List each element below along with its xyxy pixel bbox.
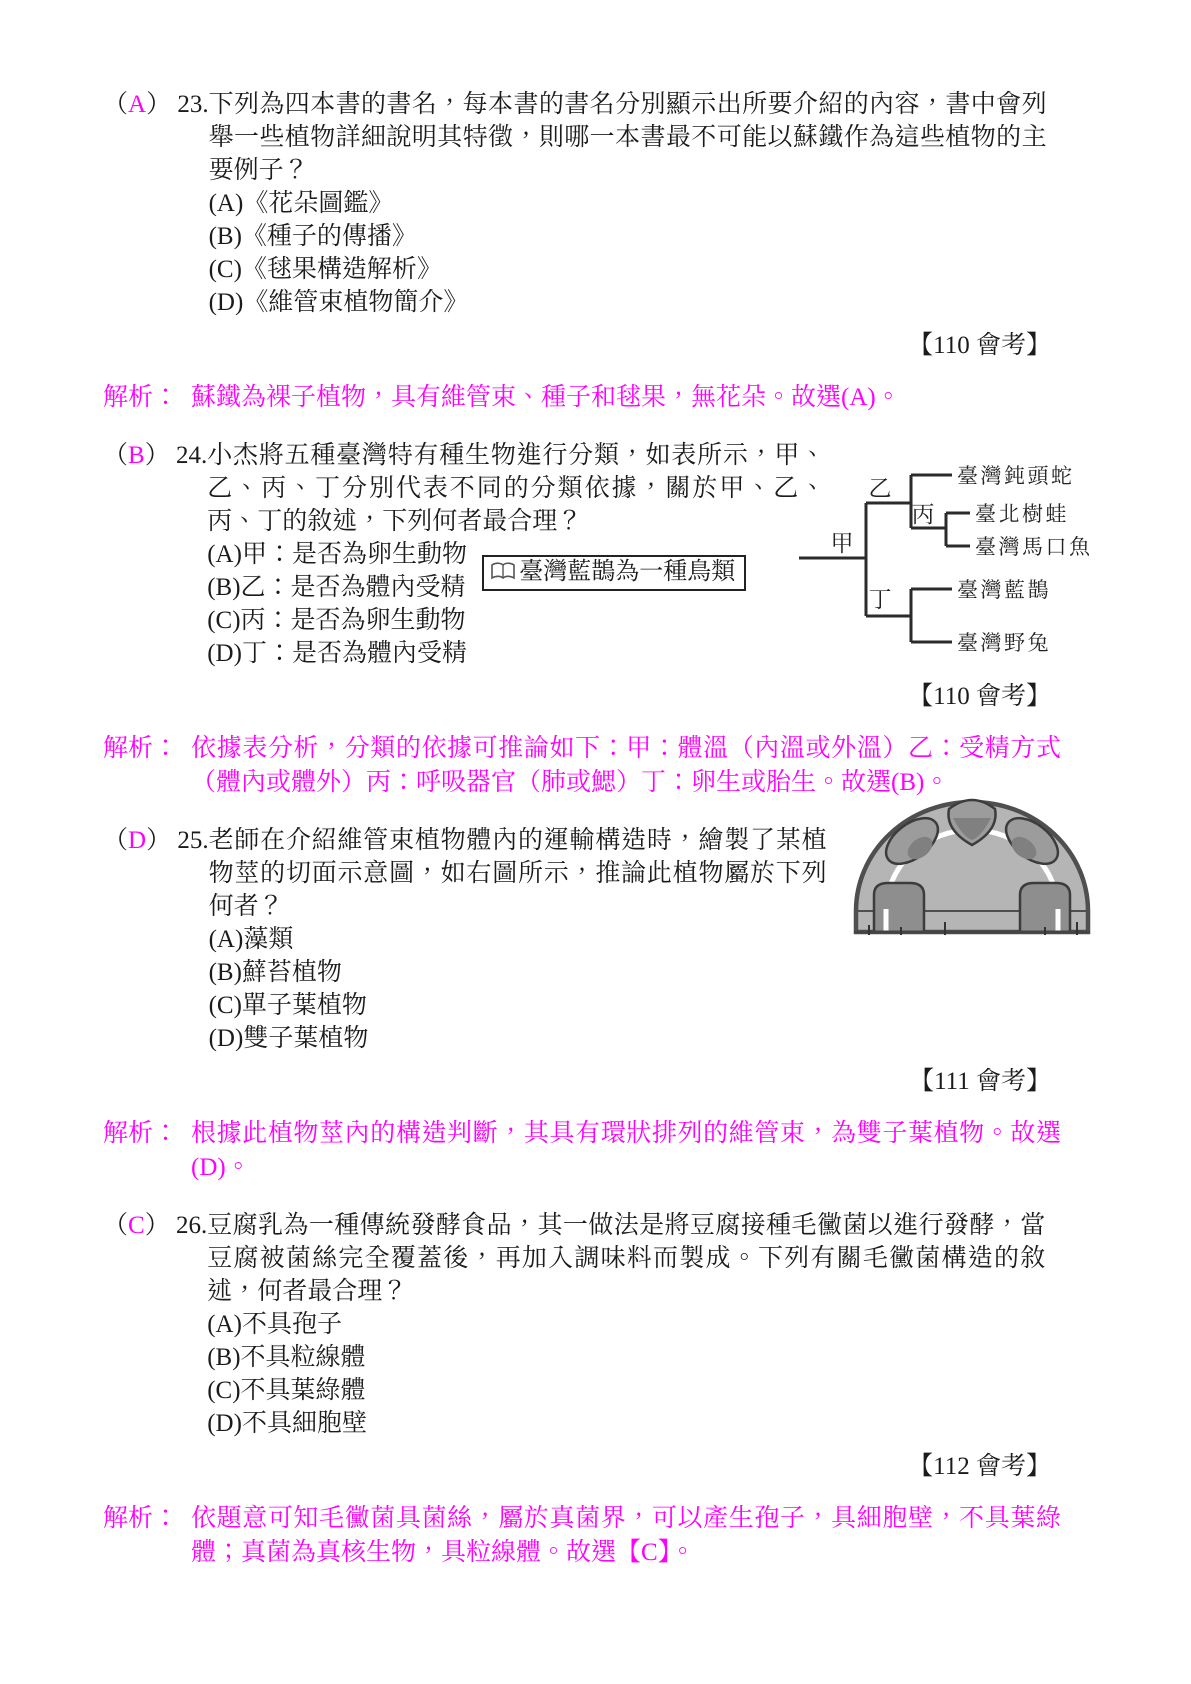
question-24-row: （B） 24. 小杰將五種臺灣特有種生物進行分類，如表所示，甲、乙、丙、丁分別代… [103, 439, 1061, 670]
option-text: 不具細胞壁 [242, 1410, 367, 1437]
question-24: （B） 24. 小杰將五種臺灣特有種生物進行分類，如表所示，甲、乙、丙、丁分別代… [103, 439, 1061, 712]
option-text: 不具孢子 [242, 1311, 342, 1338]
option-label: (B) [209, 223, 242, 250]
question-25: （D） 25. 老師在介紹維管束植物體內的運輸構造時，繪製了某植物莖的切面示意圖… [103, 824, 1061, 1097]
page-content: （A） 23. 下列為四本書的書名，每本書的書名分別顯示出所要介紹的內容，書中會… [0, 0, 1191, 1570]
analysis-label: 解析： [103, 381, 178, 415]
tree-leaf-frog: 臺北樹蛙 [975, 502, 1069, 526]
option-text: 不具粒線體 [241, 1344, 366, 1371]
question-stem: 豆腐乳為一種傳統發酵食品，其一做法是將豆腐接種毛黴菌以進行發酵，當豆腐被菌絲完全… [207, 1209, 1045, 1308]
paren: ） [146, 91, 171, 118]
question-26-body: 豆腐乳為一種傳統發酵食品，其一做法是將豆腐接種毛黴菌以進行發酵，當豆腐被菌絲完全… [207, 1209, 1045, 1440]
analysis-text: 根據此植物莖內的構造判斷，其具有環狀排列的維管束，為雙子葉植物。故選(D)。 [191, 1120, 1061, 1181]
tree-node-bing: 丙 [912, 502, 935, 527]
exam-source-tag: 【111 會考】 [103, 1067, 1061, 1097]
option-text: 《種子的傳播》 [242, 223, 417, 250]
option-label: (C) [209, 256, 242, 283]
question-stem: 小杰將五種臺灣特有種生物進行分類，如表所示，甲、乙、丙、丁分別代表不同的分類依據… [207, 439, 825, 538]
option-label: (B) [207, 1344, 240, 1371]
analysis-25: 解析： 根據此植物莖內的構造判斷，其具有環狀排列的維管束，為雙子葉植物。故選(D… [103, 1117, 1061, 1185]
option-b: (B)不具粒線體 [207, 1341, 1045, 1374]
option-label: (D) [209, 1025, 244, 1052]
option-text: 單子葉植物 [242, 992, 367, 1019]
question-23-row: （A） 23. 下列為四本書的書名，每本書的書名分別顯示出所要介紹的內容，書中會… [103, 88, 1061, 319]
stem-cross-section-figure [849, 778, 1095, 936]
option-label: (A) [207, 1311, 242, 1338]
option-d: (D)雙子葉植物 [209, 1022, 827, 1055]
question-stem: 老師在介紹維管束植物體內的運輸構造時，繪製了某植物莖的切面示意圖，如右圖所示，推… [209, 824, 827, 923]
option-text: 蘚苔植物 [242, 959, 342, 986]
option-label: (B) [209, 959, 242, 986]
option-label: (C) [207, 607, 240, 634]
tree-leaf-magpie: 臺灣藍鵲 [957, 578, 1051, 602]
option-text: 丙：是否為卵生動物 [241, 607, 466, 634]
question-23: （A） 23. 下列為四本書的書名，每本書的書名分別顯示出所要介紹的內容，書中會… [103, 88, 1061, 361]
option-text: 藻類 [243, 926, 293, 953]
option-text: 丁：是否為體內受精 [242, 640, 467, 667]
exam-source-tag: 【110 會考】 [103, 331, 1061, 361]
option-text: 乙：是否為體內受精 [241, 574, 466, 601]
tree-leaf-fish: 臺灣馬口魚 [975, 535, 1093, 559]
option-label: (D) [209, 289, 244, 316]
answer-letter: B [128, 442, 145, 469]
question-24-body: 小杰將五種臺灣特有種生物進行分類，如表所示，甲、乙、丙、丁分別代表不同的分類依據… [207, 439, 825, 670]
analysis-label: 解析： [103, 1502, 178, 1536]
tree-leaf-snake: 臺灣鈍頭蛇 [957, 464, 1075, 488]
option-text: 甲：是否為卵生動物 [242, 541, 467, 568]
question-23-body: 下列為四本書的書名，每本書的書名分別顯示出所要介紹的內容，書中會列舉一些植物詳細… [209, 88, 1047, 319]
paren: （ [103, 1212, 128, 1239]
exam-source-tag: 【112 會考】 [103, 1452, 1061, 1482]
tree-node-yi: 乙 [869, 476, 892, 501]
option-label: (C) [207, 1377, 240, 1404]
analysis-23: 解析： 蘇鐵為裸子植物，具有維管束、種子和毬果，無花朵。故選(A)。 [103, 381, 1061, 415]
option-c: (C)單子葉植物 [209, 989, 827, 1022]
question-25-answer: （D） 25. [103, 824, 209, 857]
option-c: (C)不具葉綠體 [207, 1374, 1045, 1407]
question-26-row: （C） 26. 豆腐乳為一種傳統發酵食品，其一做法是將豆腐接種毛黴菌以進行發酵，… [103, 1209, 1061, 1440]
hint-box: 臺灣藍鵲為一種鳥類 [482, 555, 746, 591]
option-b: (B)《種子的傳播》 [209, 220, 1047, 253]
option-c: (C)丙：是否為卵生動物 [207, 604, 825, 637]
paren: ） [145, 442, 170, 469]
paren: （ [103, 827, 128, 854]
question-25-body: 老師在介紹維管束植物體內的運輸構造時，繪製了某植物莖的切面示意圖，如右圖所示，推… [209, 824, 827, 1055]
paren: ） [146, 827, 171, 854]
paren: （ [103, 442, 128, 469]
option-label: (A) [207, 541, 242, 568]
option-c: (C)《毬果構造解析》 [209, 253, 1047, 286]
tree-node-jia: 甲 [831, 531, 854, 556]
option-text: 《花朵圖鑑》 [243, 190, 393, 217]
option-d: (D)不具細胞壁 [207, 1407, 1045, 1440]
question-26: （C） 26. 豆腐乳為一種傳統發酵食品，其一做法是將豆腐接種毛黴菌以進行發酵，… [103, 1209, 1061, 1482]
question-24-answer: （B） 24. [103, 439, 207, 472]
option-a: (A)不具孢子 [207, 1308, 1045, 1341]
analysis-label: 解析： [103, 732, 178, 766]
tree-node-ding: 丁 [869, 587, 892, 612]
question-number: 25. [177, 827, 208, 854]
option-d: (D)《維管束植物簡介》 [209, 286, 1047, 319]
option-d: (D)丁：是否為體內受精 [207, 637, 825, 670]
answer-letter: C [128, 1212, 145, 1239]
question-stem: 下列為四本書的書名，每本書的書名分別顯示出所要介紹的內容，書中會列舉一些植物詳細… [209, 88, 1047, 187]
answer-letter: A [128, 91, 146, 118]
paren: ） [145, 1212, 170, 1239]
option-text: 雙子葉植物 [243, 1025, 368, 1052]
option-a: (A)藻類 [209, 923, 827, 956]
option-text: 不具葉綠體 [241, 1377, 366, 1404]
exam-page: （A） 23. 下列為四本書的書名，每本書的書名分別顯示出所要介紹的內容，書中會… [0, 0, 1191, 1684]
answer-letter: D [128, 827, 146, 854]
option-b: (B)蘚苔植物 [209, 956, 827, 989]
question-number: 23. [177, 91, 208, 118]
option-label: (A) [209, 926, 244, 953]
question-number: 26. [176, 1212, 207, 1239]
option-label: (D) [207, 640, 242, 667]
option-text: 《毬果構造解析》 [242, 256, 442, 283]
hint-text: 臺灣藍鵲為一種鳥類 [519, 558, 735, 586]
analysis-text: 蘇鐵為裸子植物，具有維管束、種子和毬果，無花朵。故選(A)。 [191, 384, 901, 411]
option-label: (D) [207, 1410, 242, 1437]
option-label: (B) [207, 574, 240, 601]
question-number: 24. [176, 442, 207, 469]
classification-tree-diagram: 甲 乙 丙 丁 臺灣鈍頭蛇 臺北樹蛙 臺灣馬口魚 臺灣藍鵲 臺灣野兔 [784, 463, 1114, 663]
paren: （ [103, 91, 128, 118]
vascular-bundle-bottom-left [874, 883, 924, 932]
option-label: (A) [209, 190, 244, 217]
open-book-icon [490, 562, 516, 582]
analysis-text: 依題意可知毛黴菌具菌絲，屬於真菌界，可以產生孢子，具細胞壁，不具葉綠體；真菌為真… [191, 1505, 1061, 1566]
option-a: (A)《花朵圖鑑》 [209, 187, 1047, 220]
option-label: (C) [209, 992, 242, 1019]
question-23-answer: （A） 23. [103, 88, 209, 121]
tree-leaf-hare: 臺灣野兔 [957, 631, 1051, 655]
analysis-label: 解析： [103, 1117, 178, 1151]
option-text: 《維管束植物簡介》 [243, 289, 468, 316]
vascular-bundle-bottom-right [1020, 883, 1070, 932]
question-25-row: （D） 25. 老師在介紹維管束植物體內的運輸構造時，繪製了某植物莖的切面示意圖… [103, 824, 1061, 1055]
analysis-26: 解析： 依題意可知毛黴菌具菌絲，屬於真菌界，可以產生孢子，具細胞壁，不具葉綠體；… [103, 1502, 1061, 1570]
question-26-answer: （C） 26. [103, 1209, 207, 1242]
exam-source-tag: 【110 會考】 [103, 682, 1061, 712]
